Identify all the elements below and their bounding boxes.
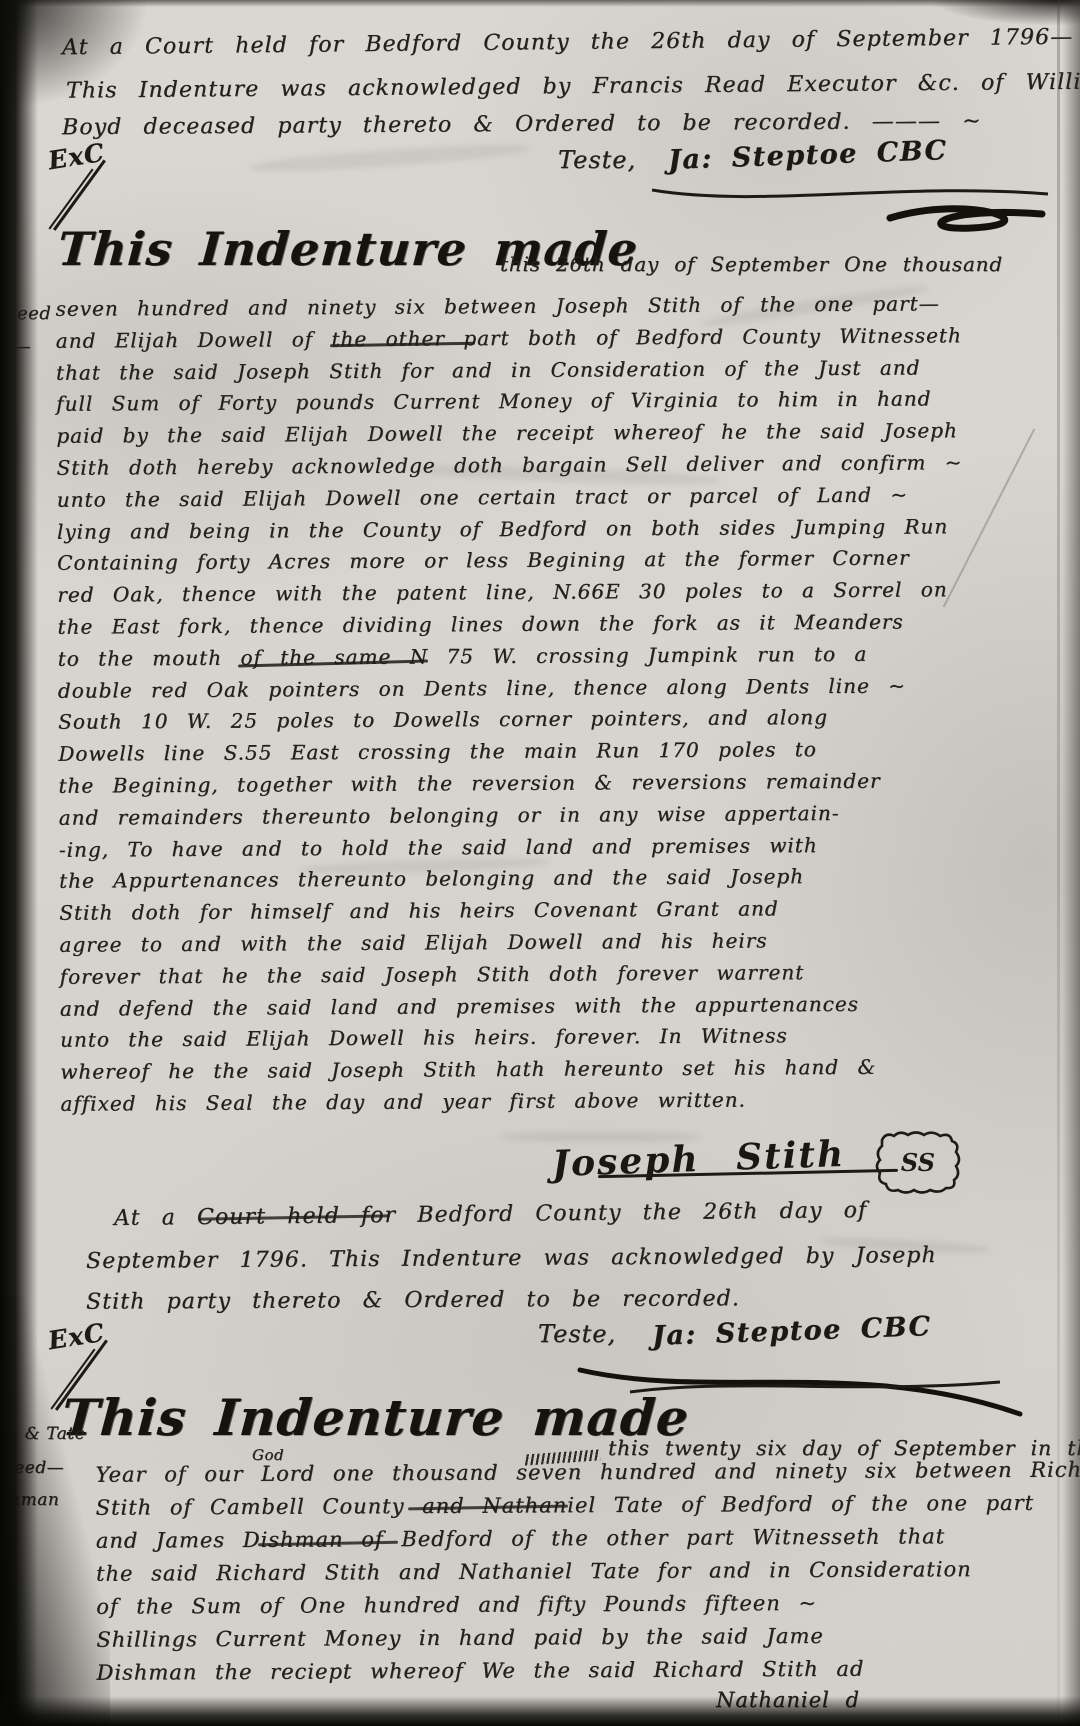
scan-corner-shadow xyxy=(0,1296,110,1726)
deed-book-page-scan: At a Court held for Bedford County the 2… xyxy=(0,0,1080,1726)
deed-body-line: the said Richard Stith and Nathaniel Tat… xyxy=(96,1556,1080,1594)
scan-edge-right xyxy=(1062,0,1080,1726)
bleed-through-mark xyxy=(250,140,530,175)
court-note2-line2: September 1796. This Indenture was ackno… xyxy=(86,1243,937,1274)
deed-body-line: Year of our Lord one thousand seven hund… xyxy=(95,1457,1080,1495)
court-note1-line2: This Indenture was acknowledged by Franc… xyxy=(66,69,1080,103)
grantor-signature: Joseph Stith xyxy=(551,1133,845,1185)
scan-edge-top xyxy=(0,0,1080,7)
court-note1-line1: At a Court held for Bedford County the 2… xyxy=(62,25,1074,61)
deed-body-line: Dishman the reciept whereof We the said … xyxy=(96,1655,1080,1693)
deed1-body: seven hundred and ninety six between Jos… xyxy=(55,291,966,1123)
court-note1-line3: Boyd deceased party thereto & Ordered to… xyxy=(62,109,982,140)
deed2-body: Year of our Lord one thousand seven hund… xyxy=(95,1457,1080,1693)
deed-body-line: of the Sum of One hundred and fifty Poun… xyxy=(96,1589,1080,1627)
clerk-signature-flourish xyxy=(640,176,1060,246)
seal: SS xyxy=(872,1128,964,1196)
scan-edge-bottom xyxy=(0,1696,1080,1726)
teste-label: Teste, xyxy=(558,146,636,174)
teste-label: Teste, xyxy=(538,1320,616,1348)
seal-text: SS xyxy=(901,1148,935,1177)
clerk-signature: Ja: Steptoe CBC xyxy=(668,135,948,176)
deed-body-line: Shillings Current Money in hand paid by … xyxy=(96,1622,1080,1660)
scan-corner-shadow xyxy=(0,0,150,110)
deed-body-line: Stith of Cambell County and Nathaniel Ta… xyxy=(96,1490,1080,1528)
deed-body-line: and James Dishman of Bedford of the othe… xyxy=(96,1523,1080,1561)
deed1-heading-suffix: this 26th day of September One thousand xyxy=(500,252,1003,276)
deed2-heading-suffix: this twenty six day of September in the xyxy=(608,1436,1080,1460)
deed-body-line: affixed his Seal the day and year first … xyxy=(60,1086,966,1123)
page-crease xyxy=(1057,0,1060,1726)
clerk-signature: Ja: Steptoe CBC xyxy=(652,1311,932,1352)
court-note2-line3: Stith party thereto & Ordered to be reco… xyxy=(86,1286,740,1314)
court-note2-line1: At a Court held for Bedford County the 2… xyxy=(114,1198,867,1231)
examined-slash xyxy=(48,169,93,230)
deed2-heading: This Indenture made xyxy=(60,1388,691,1447)
